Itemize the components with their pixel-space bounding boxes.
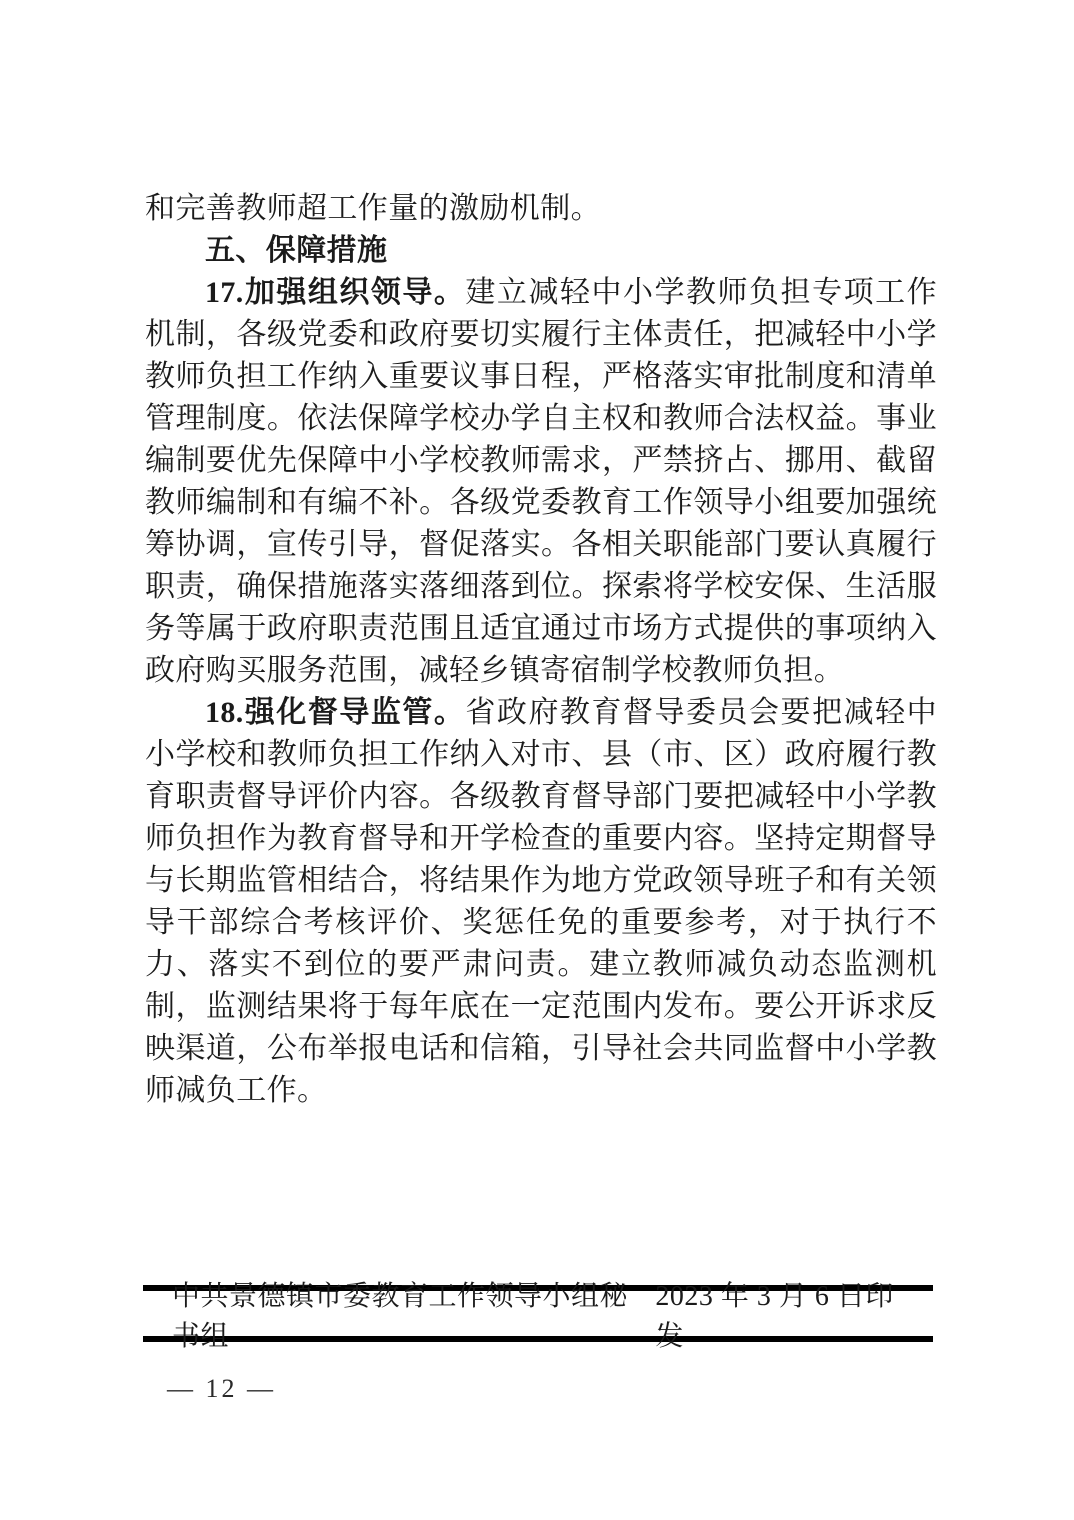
section-heading: 五、保障措施 <box>145 230 937 272</box>
colophon: 中共景德镇市委教育工作领导小组秘书组 2023 年 3 月 6 日印发 <box>143 1285 933 1342</box>
page-number: — 12 — <box>167 1374 276 1404</box>
paragraph-continuation: 和完善教师超工作量的激励机制。 <box>145 188 937 230</box>
item-18-body: 省政府教育督导委员会要把减轻中小学校和教师负担工作纳入对市、县（市、区）政府履行… <box>145 696 937 1107</box>
colophon-print-date: 2023 年 3 月 6 日印发 <box>655 1274 907 1354</box>
item-18-lead: 18.强化督导监管。 <box>205 696 465 729</box>
item-17-body: 建立减轻中小学教师负担专项工作机制，各级党委和政府要切实履行主体责任，把减轻中小… <box>145 276 937 687</box>
paragraph-item-17: 17.加强组织领导。建立减轻中小学教师负担专项工作机制，各级党委和政府要切实履行… <box>145 272 937 692</box>
document-page: 和完善教师超工作量的激励机制。 五、保障措施 17.加强组织领导。建立减轻中小学… <box>0 0 1074 1520</box>
paragraph-item-18: 18.强化督导监管。省政府教育督导委员会要把减轻中小学校和教师负担工作纳入对市、… <box>145 692 937 1112</box>
item-17-lead: 17.加强组织领导。 <box>205 276 465 309</box>
colophon-row: 中共景德镇市委教育工作领导小组秘书组 2023 年 3 月 6 日印发 <box>143 1291 933 1336</box>
document-body: 和完善教师超工作量的激励机制。 五、保障措施 17.加强组织领导。建立减轻中小学… <box>145 188 937 1112</box>
colophon-issuer: 中共景德镇市委教育工作领导小组秘书组 <box>172 1274 655 1354</box>
